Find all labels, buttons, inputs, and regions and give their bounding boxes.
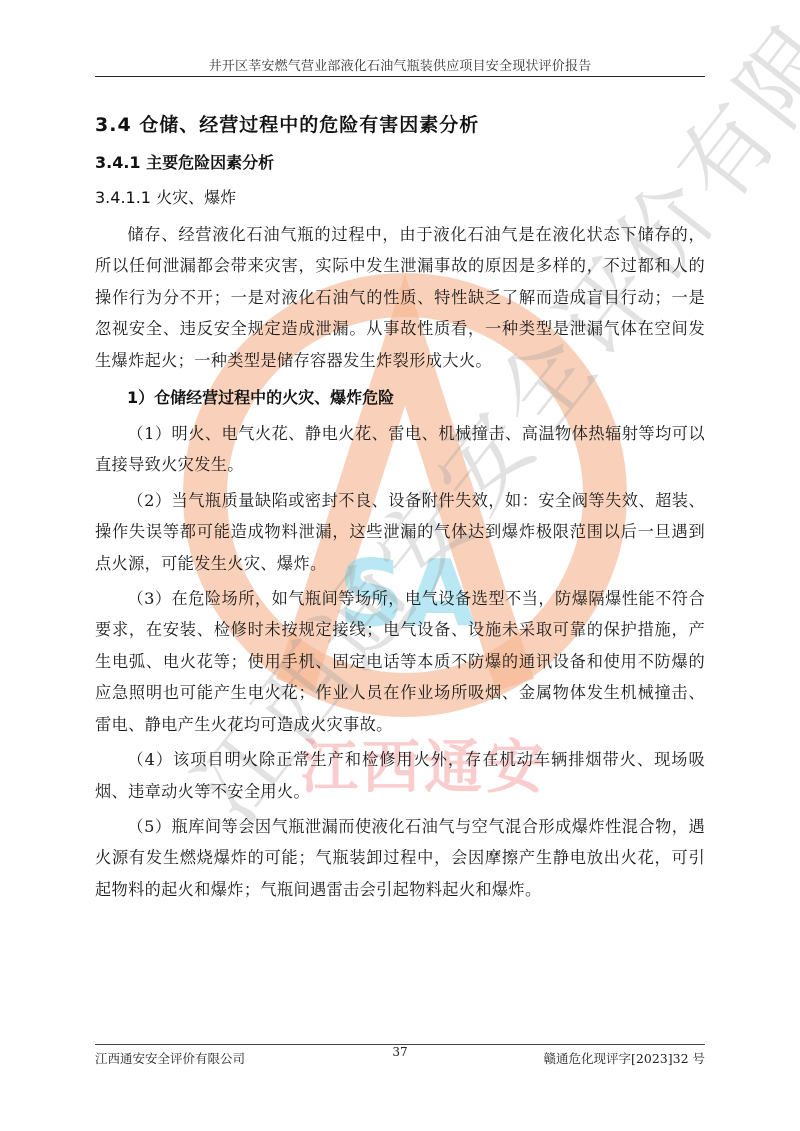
- running-header: 井开区莘安燃气营业部液化石油气瓶装供应项目安全现状评价报告: [0, 55, 800, 74]
- hazard-item-5: （5）瓶库间等会因气瓶泄漏而使液化石油气与空气混合形成爆炸性混合物，遇火源有发生…: [95, 811, 705, 905]
- page-content: 3.4 仓储、经营过程中的危险有害因素分析 3.4.1 主要危险因素分析 3.4…: [95, 106, 705, 905]
- intro-paragraph: 储存、经营液化石油气瓶的过程中，由于液化石油气是在液化状态下储存的，所以任何泄漏…: [95, 219, 705, 376]
- footer-doc-number: 赣通危化现评字[2023]32 号: [544, 1049, 705, 1067]
- subsubsection-heading: 3.4.1.1 火灾、爆炸: [95, 181, 705, 215]
- header-divider: [95, 76, 705, 77]
- subsection-heading: 3.4.1 主要危险因素分析: [95, 146, 705, 180]
- hazard-item-4: （4）该项目明火除正常生产和检修用火外，存在机动车辆排烟带火、现场吸烟、违章动火…: [95, 744, 705, 807]
- section-heading: 3.4 仓储、经营过程中的危险有害因素分析: [95, 106, 705, 144]
- hazard-item-1: （1）明火、电气火花、静电火花、雷电、机械撞击、高温物体热辐射等均可以直接导致火…: [95, 418, 705, 481]
- hazard-subtitle: 1）仓储经营过程中的火灾、爆炸危险: [95, 382, 705, 414]
- hazard-item-3: （3）在危险场所，如气瓶间等场所，电气设备选型不当，防爆隔爆性能不符合要求，在安…: [95, 583, 705, 740]
- document-page: SA 江西通安安全评价有限公司 江西通安 井开区莘安燃气营业部液化石油气瓶装供应…: [0, 0, 800, 1131]
- hazard-item-2: （2）当气瓶质量缺陷或密封不良、设备附件失效，如：安全阀等失效、超装、操作失误等…: [95, 485, 705, 579]
